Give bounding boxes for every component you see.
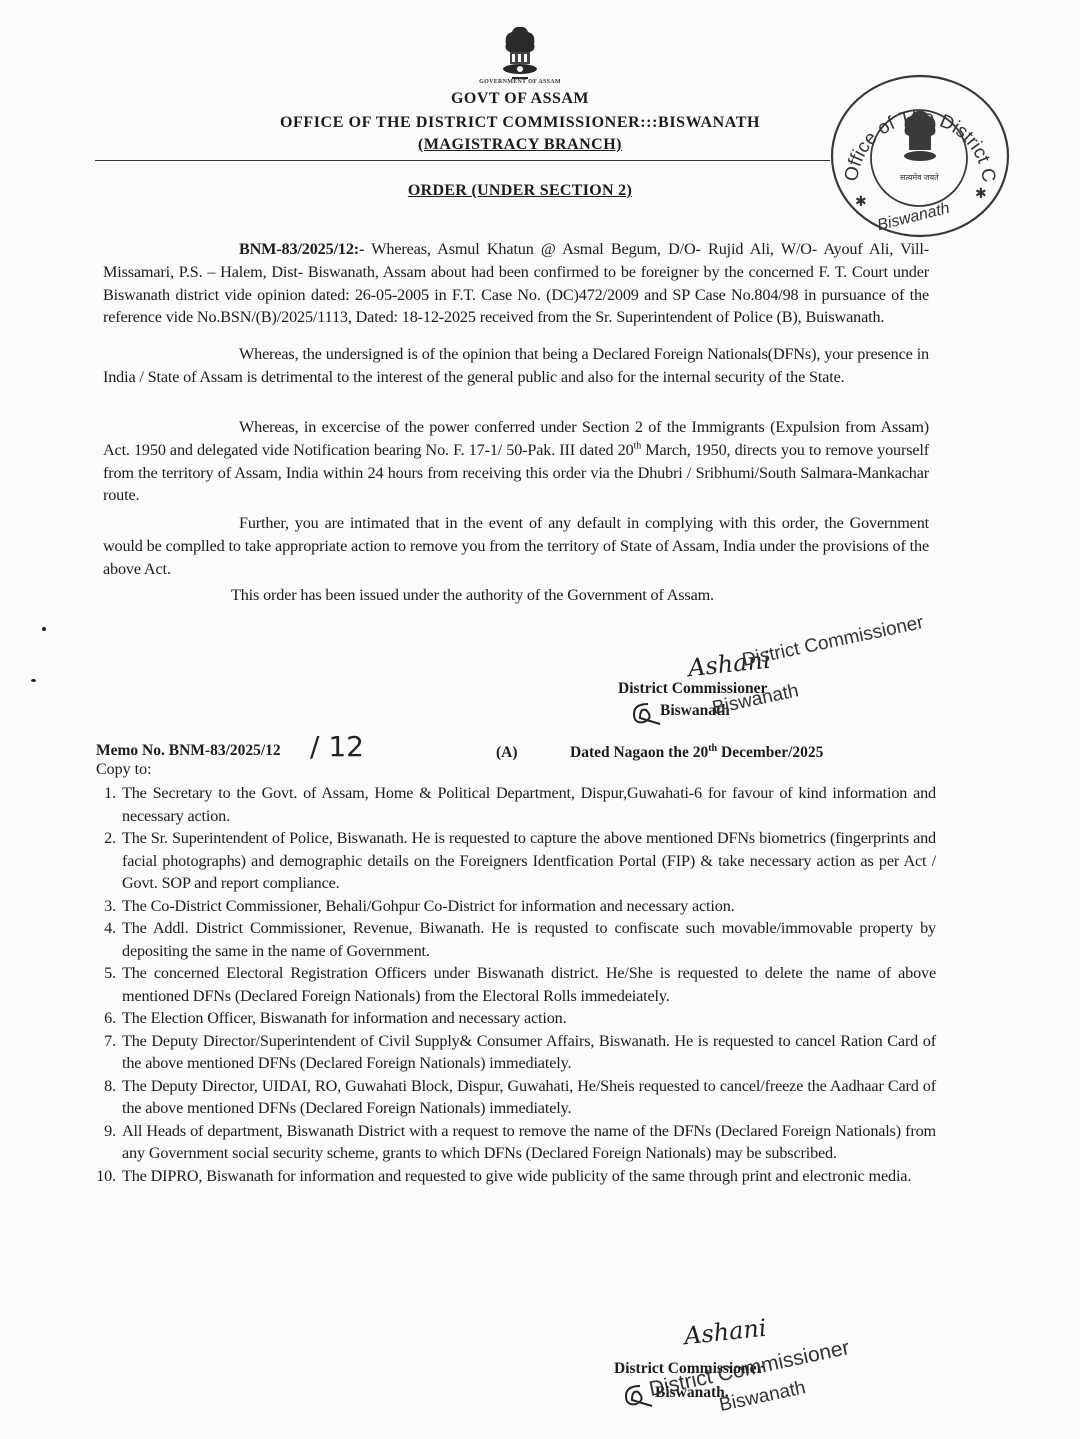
order-paragraph-3: Whereas, in excercise of the power confe…: [103, 416, 929, 507]
initials-scribble-icon: [622, 1382, 656, 1410]
header-divider: [95, 160, 830, 161]
order-reference: BNM-83/2025/12:-: [239, 240, 364, 258]
initials-scribble-icon: [630, 700, 664, 728]
list-item: 8.The Deputy Director, UIDAI, RO, Guwaha…: [80, 1075, 936, 1120]
list-item: 5.The concerned Electoral Registration O…: [80, 962, 936, 1007]
order-paragraph-2: Whereas, the undersigned is of the opini…: [103, 343, 929, 389]
order-paragraph-4: Further, you are intimated that in the e…: [103, 512, 929, 580]
list-item: 2.The Sr. Superintendent of Police, Bisw…: [80, 827, 936, 895]
office-seal-stamp: Office of The District Commissioner Bisw…: [825, 68, 1010, 238]
order-paragraph-5: This order has been issued under the aut…: [103, 584, 929, 607]
order-paragraph-1: BNM-83/2025/12:- Whereas, Asmul Khatun @…: [103, 238, 929, 329]
designation-stamp-line1: District Commissioner: [740, 612, 925, 672]
memo-date: Dated Nagaon the 20th December/2025: [570, 744, 823, 762]
list-item: 10.The DIPRO, Biswanath for information …: [80, 1165, 936, 1188]
copy-recipients-list: 1.The Secretary to the Govt. of Assam, H…: [80, 782, 936, 1187]
govt-heading: GOVT OF ASSAM: [300, 90, 740, 108]
memo-marker: (A): [496, 744, 518, 762]
copy-to-label: Copy to:: [96, 761, 152, 779]
memo-number: Memo No. BNM-83/2025/12: [96, 742, 281, 760]
list-item: 7.The Deputy Director/Superintendent of …: [80, 1030, 936, 1075]
order-title: ORDER (UNDER SECTION 2): [300, 182, 740, 200]
list-item: 4.The Addl. District Commissioner, Reven…: [80, 917, 936, 962]
handwritten-signature-2: Ashani: [683, 1314, 768, 1350]
list-item: 3.The Co-District Commissioner, Behali/G…: [80, 895, 936, 918]
memo-handwritten-number: / 12: [310, 730, 364, 763]
list-item: 9.All Heads of department, Biswanath Dis…: [80, 1120, 936, 1165]
svg-text:सत्यमेव जयते: सत्यमेव जयते: [900, 172, 939, 182]
svg-text:✱: ✱: [975, 187, 987, 202]
scan-speck: [31, 679, 36, 682]
branch-heading: (MAGISTRACY BRANCH): [300, 136, 740, 154]
list-item: 1.The Secretary to the Govt. of Assam, H…: [80, 782, 936, 827]
list-item: 6.The Election Officer, Biswanath for in…: [80, 1007, 936, 1030]
svg-text:✱: ✱: [855, 195, 867, 210]
emblem-caption: GOVERNMENT OF ASSAM: [440, 79, 600, 85]
scan-speck: [42, 627, 46, 631]
state-emblem-icon: [492, 24, 548, 82]
office-heading: OFFICE OF THE DISTRICT COMMISSIONER:::BI…: [240, 114, 800, 132]
